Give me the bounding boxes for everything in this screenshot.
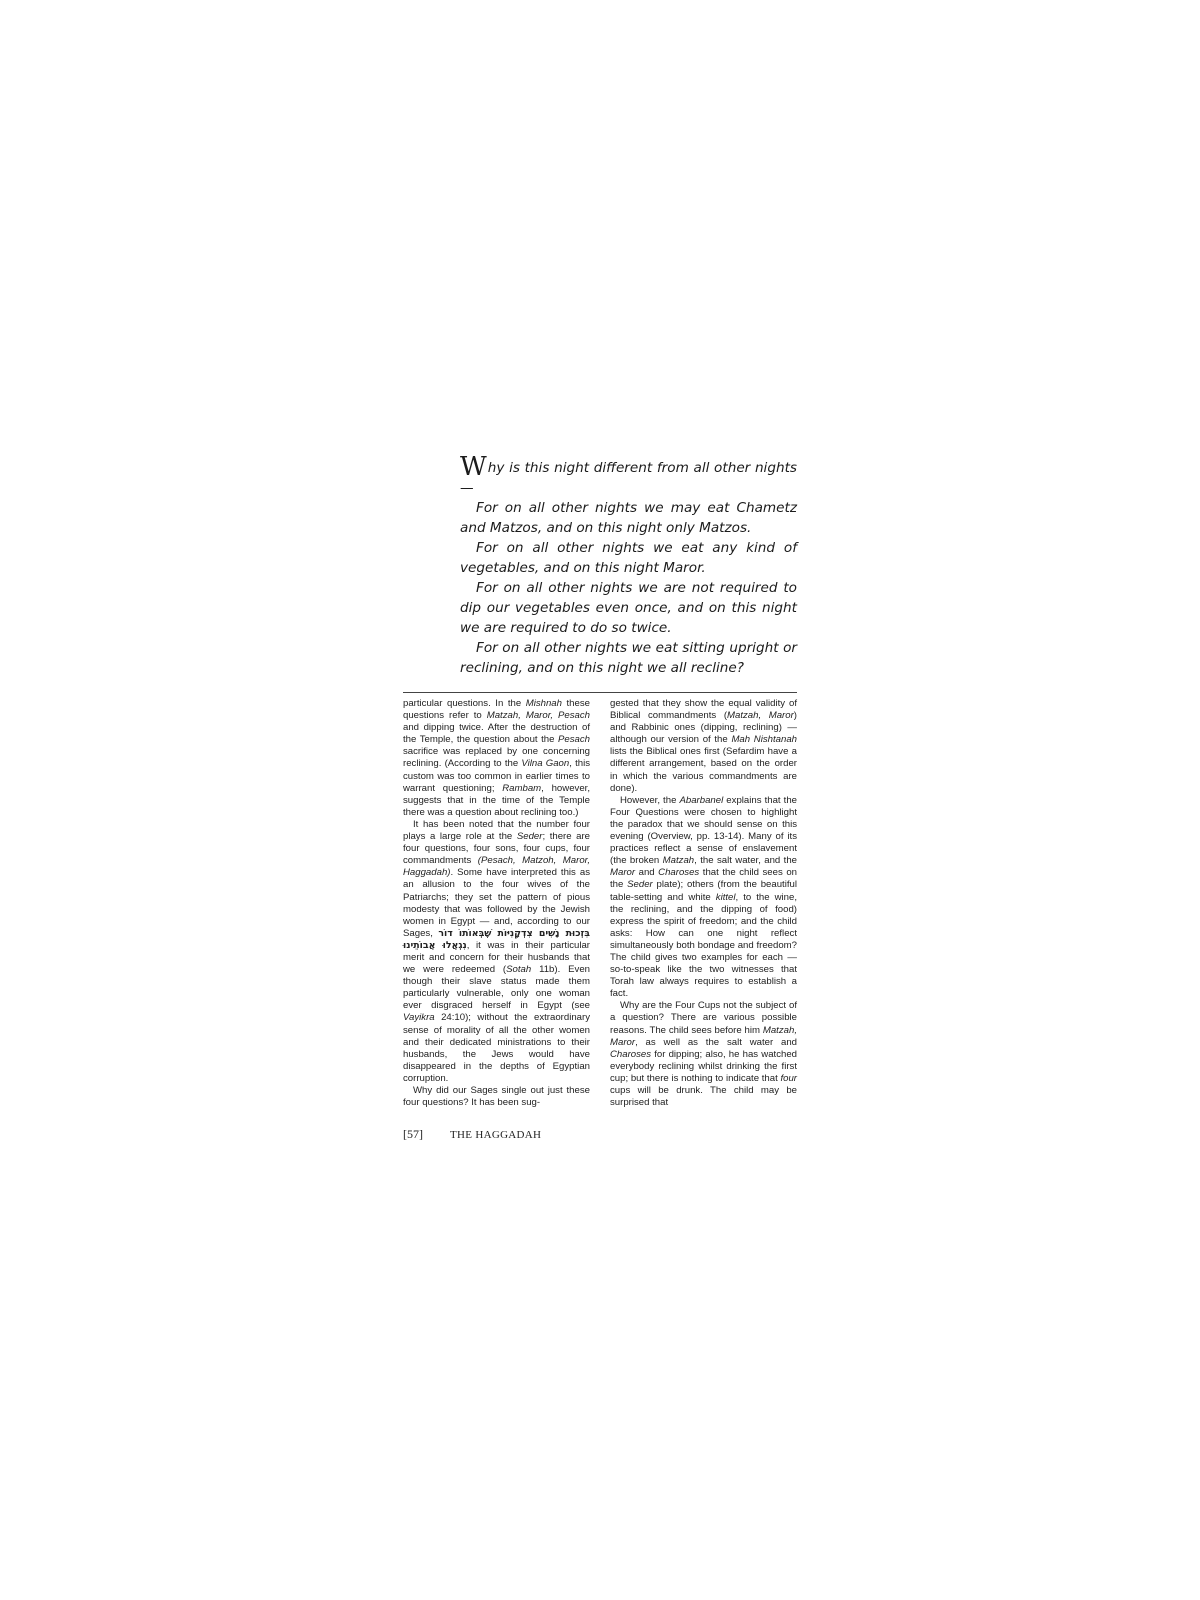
question-opening: Why is this night different from all oth…	[460, 458, 797, 498]
commentary-columns: particular questions. In the Mishnah the…	[403, 698, 797, 1109]
commentary-paragraph: Why did our Sages single out just these …	[403, 1085, 590, 1109]
commentary-paragraph: Why are the Four Cups not the subject of…	[610, 1000, 797, 1109]
running-title: THE HAGGADAH	[450, 1129, 541, 1141]
page-footer: [57] THE HAGGADAH	[403, 1127, 797, 1142]
italic-term: Rambam	[502, 783, 541, 794]
italic-term: kittel	[716, 892, 736, 903]
question-line-3: For on all other nights we are not requi…	[460, 578, 797, 638]
commentary-left-column: particular questions. In the Mishnah the…	[403, 698, 590, 1109]
italic-term: Vilna Gaon	[521, 758, 569, 769]
drop-cap: W	[460, 452, 487, 482]
italic-term: Matzah, Maror	[610, 1025, 797, 1048]
italic-term: Sotah	[506, 964, 531, 975]
italic-term: Matzah, Maror, Pesach	[487, 710, 590, 721]
commentary-paragraph: It has been noted that the number four p…	[403, 819, 590, 1085]
italic-term: Maror	[610, 867, 635, 878]
italic-term: Abarbanel	[679, 795, 723, 806]
commentary-paragraph: gested that they show the equal validity…	[610, 698, 797, 795]
italic-term: Charoses	[610, 1049, 651, 1060]
book-page: Why is this night different from all oth…	[403, 458, 797, 1142]
hebrew-quote: בִּזְכוּת נָשִׁים צִדְקָנִיּוֹת שֶׁבְּאו…	[403, 928, 590, 951]
italic-term: Seder	[517, 831, 543, 842]
italic-term: Mishnah	[526, 698, 562, 709]
italic-term: Matzah	[663, 855, 694, 866]
question-opening-text: hy is this night different from all othe…	[460, 460, 797, 496]
italic-term: Seder	[627, 879, 653, 890]
commentary-paragraph: However, the Abarbanel explains that the…	[610, 795, 797, 1001]
commentary-paragraph: particular questions. In the Mishnah the…	[403, 698, 590, 819]
italic-term: Vayikra	[403, 1012, 435, 1023]
italic-term: Pesach	[558, 734, 590, 745]
question-line-2: For on all other nights we eat any kind …	[460, 538, 797, 578]
italic-term: (Pesach, Matzoh, Maror, Haggadah)	[403, 855, 590, 878]
page-number: [57]	[403, 1127, 450, 1142]
question-line-4: For on all other nights we eat sitting u…	[460, 638, 797, 678]
italic-term: Charoses	[658, 867, 699, 878]
question-line-1: For on all other nights we may eat Chame…	[460, 498, 797, 538]
italic-term: four	[780, 1073, 797, 1084]
italic-term: Mah Nishtanah	[731, 734, 797, 745]
four-questions-block: Why is this night different from all oth…	[460, 458, 797, 678]
italic-term: Matzah, Maror	[727, 710, 794, 721]
commentary-right-column: gested that they show the equal validity…	[610, 698, 797, 1109]
horizontal-rule	[403, 692, 797, 693]
